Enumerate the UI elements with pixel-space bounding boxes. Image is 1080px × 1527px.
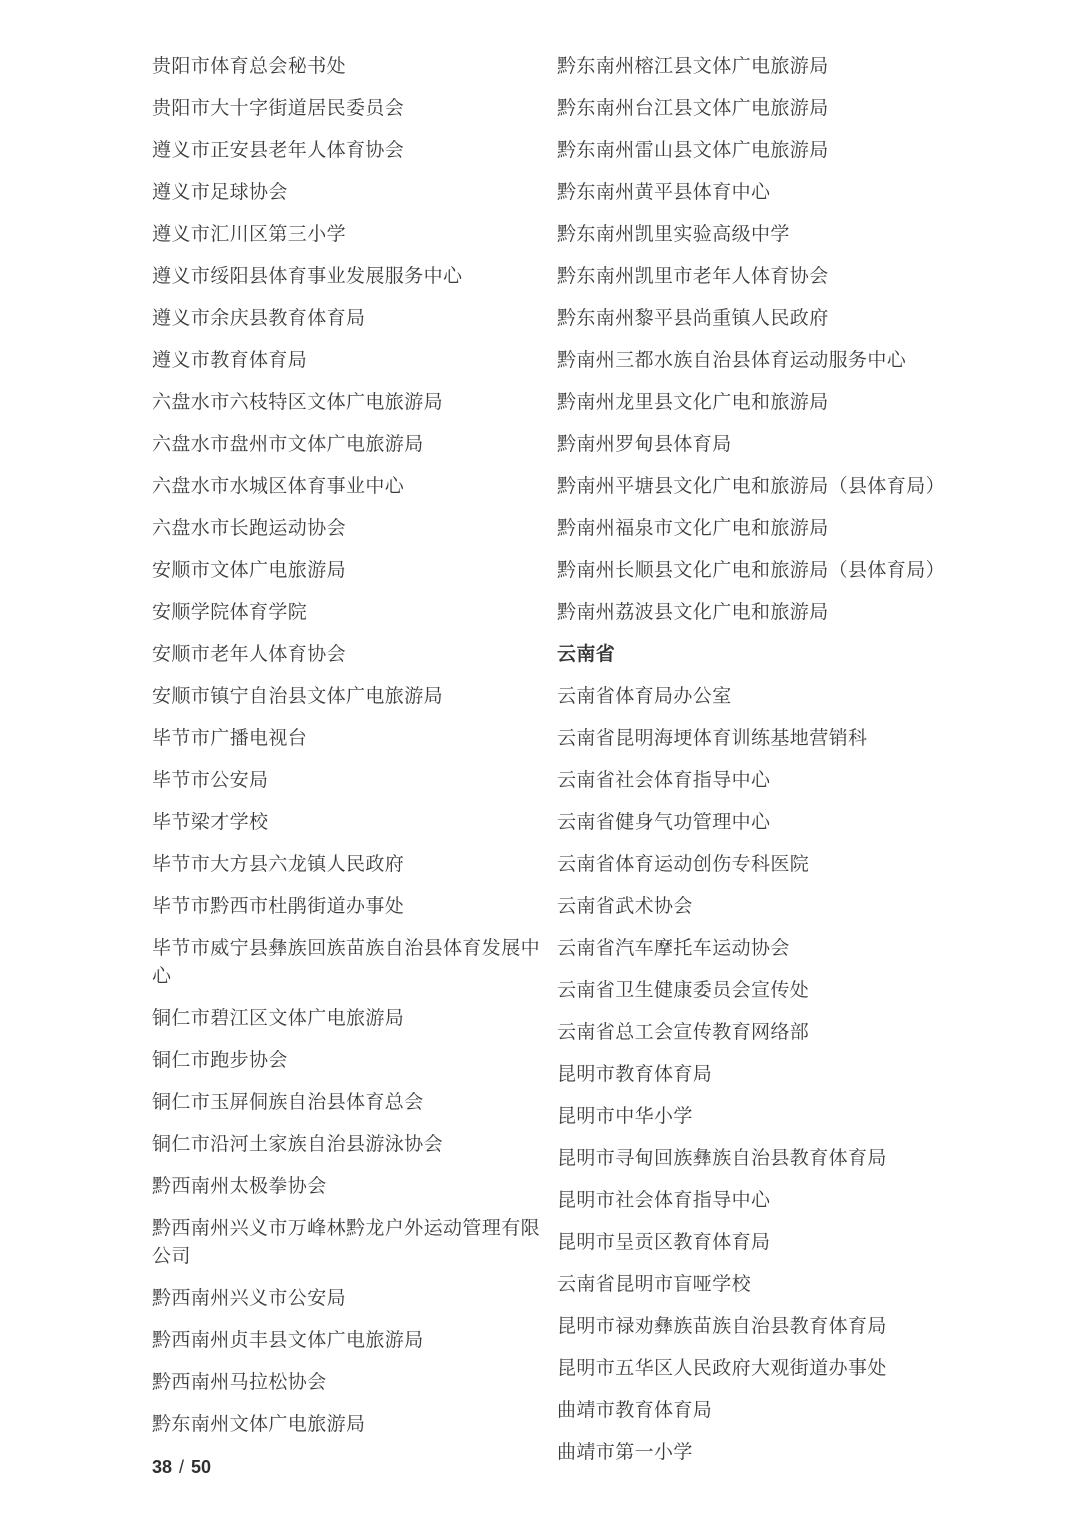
organization-list-item: 铜仁市跑步协会 [152, 1046, 540, 1074]
organization-list-item: 黔西南州太极拳协会 [152, 1172, 540, 1200]
organization-list-item: 云南省体育局办公室 [557, 682, 987, 710]
organization-list-item: 贵阳市体育总会秘书处 [152, 52, 540, 80]
organization-list-item: 黔东南州黎平县尚重镇人民政府 [557, 304, 987, 332]
organization-list-item: 曲靖市第一小学 [557, 1438, 987, 1466]
organization-list-item: 云南省昆明海埂体育训练基地营销科 [557, 724, 987, 752]
organization-list-item: 昆明市禄劝彝族苗族自治县教育体育局 [557, 1312, 987, 1340]
organization-list-item: 安顺市镇宁自治县文体广电旅游局 [152, 682, 540, 710]
organization-list-item: 遵义市正安县老年人体育协会 [152, 136, 540, 164]
organization-list-item: 遵义市汇川区第三小学 [152, 220, 540, 248]
organization-list-item: 黔东南州凯里市老年人体育协会 [557, 262, 987, 290]
organization-list-item: 云南省卫生健康委员会宣传处 [557, 976, 987, 1004]
organization-list-item: 昆明市五华区人民政府大观街道办事处 [557, 1354, 987, 1382]
organization-list-item: 黔西南州兴义市万峰林黔龙户外运动管理有限公司 [152, 1214, 540, 1270]
organization-list-item: 安顺市文体广电旅游局 [152, 556, 540, 584]
organization-list-item: 铜仁市玉屏侗族自治县体育总会 [152, 1088, 540, 1116]
organization-list-item: 昆明市社会体育指导中心 [557, 1186, 987, 1214]
organization-list-item: 毕节市黔西市杜鹃街道办事处 [152, 892, 540, 920]
organization-list-item: 昆明市呈贡区教育体育局 [557, 1228, 987, 1256]
organization-list-item: 黔东南州台江县文体广电旅游局 [557, 94, 987, 122]
organization-list-item: 黔西南州贞丰县文体广电旅游局 [152, 1326, 540, 1354]
right-column: 黔东南州榕江县文体广电旅游局黔东南州台江县文体广电旅游局黔东南州雷山县文体广电旅… [557, 52, 987, 1480]
organization-list-item: 黔南州荔波县文化广电和旅游局 [557, 598, 987, 626]
organization-list-item: 毕节梁才学校 [152, 808, 540, 836]
organization-list-item: 黔南州龙里县文化广电和旅游局 [557, 388, 987, 416]
organization-list-item: 毕节市广播电视台 [152, 724, 540, 752]
organization-list-item: 黔东南州文体广电旅游局 [152, 1410, 540, 1438]
current-page-number: 38 [152, 1457, 172, 1477]
organization-list-item: 六盘水市六枝特区文体广电旅游局 [152, 388, 540, 416]
organization-list-item: 云南省武术协会 [557, 892, 987, 920]
organization-list-item: 云南省汽车摩托车运动协会 [557, 934, 987, 962]
organization-list-item: 昆明市教育体育局 [557, 1060, 987, 1088]
organization-list-item: 黔西南州兴义市公安局 [152, 1284, 540, 1312]
organization-list-item: 黔南州长顺县文化广电和旅游局（县体育局） [557, 556, 987, 584]
organization-list-item: 安顺市老年人体育协会 [152, 640, 540, 668]
document-page: 贵阳市体育总会秘书处贵阳市大十字街道居民委员会遵义市正安县老年人体育协会遵义市足… [0, 0, 1080, 1527]
organization-list-item: 黔南州福泉市文化广电和旅游局 [557, 514, 987, 542]
organization-list-item: 铜仁市碧江区文体广电旅游局 [152, 1004, 540, 1032]
organization-list-item: 黔西南州马拉松协会 [152, 1368, 540, 1396]
organization-list-item: 遵义市教育体育局 [152, 346, 540, 374]
organization-list-item: 黔东南州榕江县文体广电旅游局 [557, 52, 987, 80]
organization-list-item: 毕节市公安局 [152, 766, 540, 794]
organization-list-item: 曲靖市教育体育局 [557, 1396, 987, 1424]
organization-list-item: 黔南州罗甸县体育局 [557, 430, 987, 458]
organization-list-item: 六盘水市水城区体育事业中心 [152, 472, 540, 500]
organization-list-item: 昆明市中华小学 [557, 1102, 987, 1130]
organization-list-item: 六盘水市长跑运动协会 [152, 514, 540, 542]
organization-list-item: 遵义市足球协会 [152, 178, 540, 206]
total-page-count: 50 [191, 1457, 211, 1477]
organization-list-item: 黔东南州凯里实验高级中学 [557, 220, 987, 248]
organization-list-item: 云南省体育运动创伤专科医院 [557, 850, 987, 878]
organization-list-item: 遵义市绥阳县体育事业发展服务中心 [152, 262, 540, 290]
organization-list-item: 云南省昆明市盲哑学校 [557, 1270, 987, 1298]
organization-list-item: 遵义市余庆县教育体育局 [152, 304, 540, 332]
organization-list-item: 安顺学院体育学院 [152, 598, 540, 626]
organization-list-item: 六盘水市盘州市文体广电旅游局 [152, 430, 540, 458]
organization-list-item: 贵阳市大十字街道居民委员会 [152, 94, 540, 122]
organization-list-item: 黔南州平塘县文化广电和旅游局（县体育局） [557, 472, 987, 500]
organization-list-item: 云南省社会体育指导中心 [557, 766, 987, 794]
organization-list-item: 黔南州三都水族自治县体育运动服务中心 [557, 346, 987, 374]
organization-list-item: 毕节市威宁县彝族回族苗族自治县体育发展中心 [152, 934, 540, 990]
left-column: 贵阳市体育总会秘书处贵阳市大十字街道居民委员会遵义市正安县老年人体育协会遵义市足… [152, 52, 540, 1452]
section-heading: 云南省 [557, 640, 987, 668]
page-number-separator: / [179, 1457, 184, 1477]
page-footer: 38/50 [152, 1455, 211, 1479]
organization-list-item: 黔东南州黄平县体育中心 [557, 178, 987, 206]
organization-list-item: 毕节市大方县六龙镇人民政府 [152, 850, 540, 878]
organization-list-item: 云南省总工会宣传教育网络部 [557, 1018, 987, 1046]
organization-list-item: 黔东南州雷山县文体广电旅游局 [557, 136, 987, 164]
organization-list-item: 云南省健身气功管理中心 [557, 808, 987, 836]
organization-list-item: 铜仁市沿河土家族自治县游泳协会 [152, 1130, 540, 1158]
organization-list-item: 昆明市寻甸回族彝族自治县教育体育局 [557, 1144, 987, 1172]
